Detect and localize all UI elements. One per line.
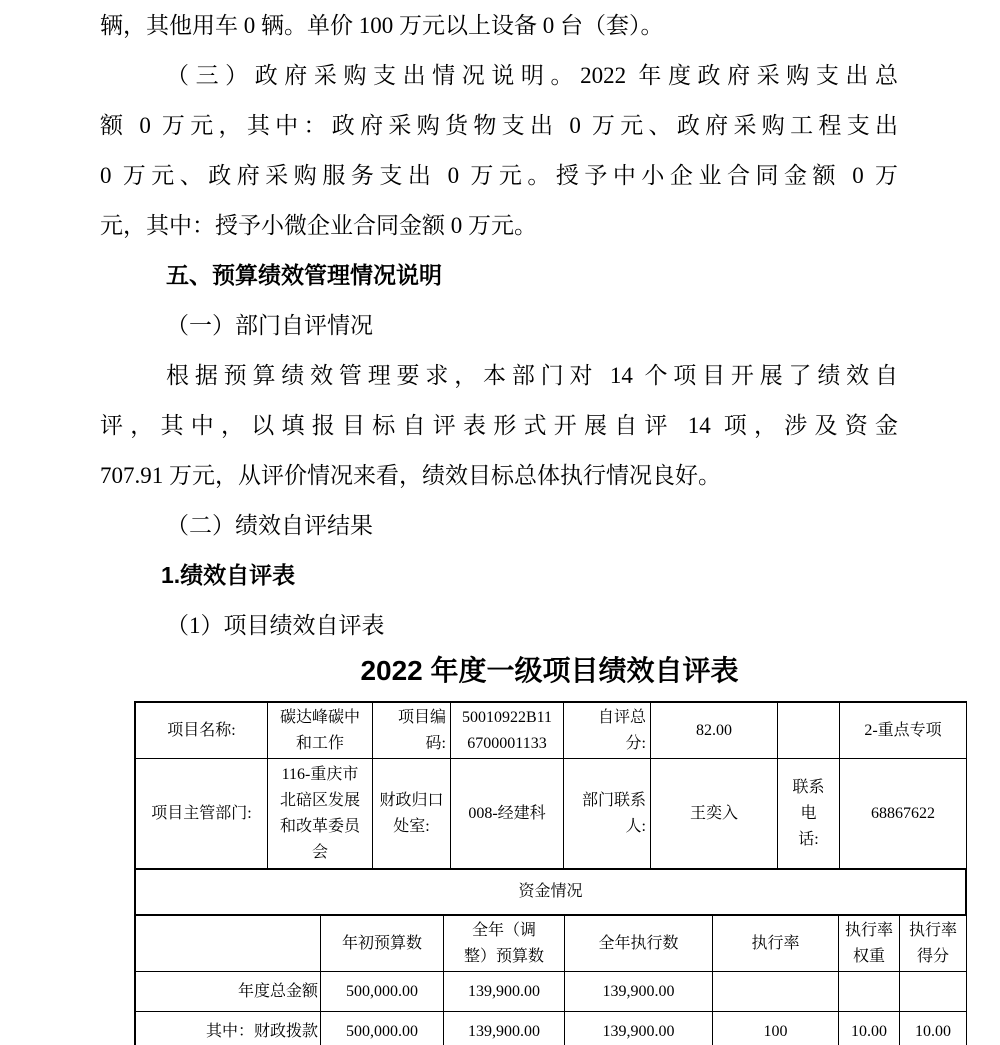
table-cell: 008-经建科 bbox=[451, 759, 564, 869]
table-cell: 项目主管部门: bbox=[136, 759, 268, 869]
column-header-cell: 全年执行数 bbox=[565, 916, 713, 972]
body-line: 辆，其他用车 0 辆。单价 100 万元以上设备 0 台（套）。 bbox=[100, 3, 664, 48]
body-line: （一）部门自评情况 bbox=[166, 303, 373, 348]
table-cell: 项目名称: bbox=[136, 703, 268, 759]
table-row: 年初预算数全年（调 整）预算数全年执行数执行率执行率 权重执行率 得分 bbox=[136, 916, 967, 972]
table-cell: 139,900.00 bbox=[444, 972, 565, 1012]
table-cell: 项目编 码: bbox=[373, 703, 451, 759]
table-cell bbox=[900, 972, 967, 1012]
table-cell: 财政归口 处室: bbox=[373, 759, 451, 869]
table-cell: 500,000.00 bbox=[321, 972, 444, 1012]
table-row: 项目主管部门:116-重庆市 北碚区发展 和改革委员 会财政归口 处室:008-… bbox=[136, 759, 967, 869]
row-label-cell: 其中：财政拨款 bbox=[136, 1012, 321, 1045]
body-line: （三）政府采购支出情况说明。2022 年度政府采购支出总 bbox=[166, 53, 898, 98]
project-info-table: 项目名称:碳达峰碳中 和工作项目编 码:50010922B11 67000011… bbox=[135, 702, 967, 869]
funds-section-table: 资金情况 bbox=[135, 869, 966, 915]
body-line: 根据预算绩效管理要求，本部门对 14 个项目开展了绩效自 bbox=[166, 353, 898, 398]
table-cell: 联系 电 话: bbox=[778, 759, 840, 869]
table-cell: 139,900.00 bbox=[444, 1012, 565, 1045]
body-line: 707.91 万元，从评价情况来看，绩效目标总体执行情况良好。 bbox=[100, 453, 721, 498]
row-label-cell: 年度总金额 bbox=[136, 972, 321, 1012]
table-cell: 139,900.00 bbox=[565, 1012, 713, 1045]
self-evaluation-table: 项目名称:碳达峰碳中 和工作项目编 码:50010922B11 67000011… bbox=[134, 701, 967, 1045]
info-tbody: 项目名称:碳达峰碳中 和工作项目编 码:50010922B11 67000011… bbox=[136, 703, 967, 869]
table-cell bbox=[778, 703, 840, 759]
table-cell: 139,900.00 bbox=[565, 972, 713, 1012]
body-line: 评，其中，以填报目标自评表形式开展自评 14 项，涉及资金 bbox=[100, 403, 898, 448]
table-cell: 116-重庆市 北碚区发展 和改革委员 会 bbox=[268, 759, 373, 869]
table-cell: 王奕入 bbox=[651, 759, 778, 869]
funds-table: 年初预算数全年（调 整）预算数全年执行数执行率执行率 权重执行率 得分年度总金额… bbox=[135, 915, 967, 1045]
body-line: 额 0 万元，其中：政府采购货物支出 0 万元、政府采购工程支出 bbox=[100, 103, 898, 148]
table-cell: 部门联系 人: bbox=[564, 759, 651, 869]
table-cell: 10.00 bbox=[900, 1012, 967, 1045]
table-cell bbox=[839, 972, 900, 1012]
table-cell: 2-重点专项 bbox=[840, 703, 967, 759]
body-line: 元，其中：授予小微企业合同金额 0 万元。 bbox=[100, 203, 537, 248]
body-line: （1）项目绩效自评表 bbox=[166, 603, 385, 648]
body-line: （二）绩效自评结果 bbox=[166, 503, 373, 548]
body-line: 1.绩效自评表 bbox=[161, 553, 295, 598]
column-header-cell: 全年（调 整）预算数 bbox=[444, 916, 565, 972]
document-page: 辆，其他用车 0 辆。单价 100 万元以上设备 0 台（套）。（三）政府采购支… bbox=[0, 0, 1000, 1045]
table-cell: 100 bbox=[713, 1012, 839, 1045]
column-header-cell: 年初预算数 bbox=[321, 916, 444, 972]
body-line: 五、预算绩效管理情况说明 bbox=[166, 253, 442, 298]
table-cell bbox=[713, 972, 839, 1012]
table-cell: 500,000.00 bbox=[321, 1012, 444, 1045]
table-cell: 50010922B11 6700001133 bbox=[451, 703, 564, 759]
table-title: 2022 年度一级项目绩效自评表 bbox=[134, 646, 965, 696]
table-row: 资金情况 bbox=[136, 870, 966, 915]
column-header-cell bbox=[136, 916, 321, 972]
table-cell: 10.00 bbox=[839, 1012, 900, 1045]
table-row: 项目名称:碳达峰碳中 和工作项目编 码:50010922B11 67000011… bbox=[136, 703, 967, 759]
body-line: 0 万元、政府采购服务支出 0 万元。授予中小企业合同金额 0 万 bbox=[100, 153, 898, 198]
column-header-cell: 执行率 权重 bbox=[839, 916, 900, 972]
table-cell: 68867622 bbox=[840, 759, 967, 869]
table-row: 其中：财政拨款500,000.00139,900.00139,900.00100… bbox=[136, 1012, 967, 1045]
table-cell: 自评总 分: bbox=[564, 703, 651, 759]
funds-tbody: 年初预算数全年（调 整）预算数全年执行数执行率执行率 权重执行率 得分年度总金额… bbox=[136, 916, 967, 1045]
table-cell: 82.00 bbox=[651, 703, 778, 759]
column-header-cell: 执行率 得分 bbox=[900, 916, 967, 972]
funds-section-label: 资金情况 bbox=[136, 870, 966, 915]
table-row: 年度总金额500,000.00139,900.00139,900.00 bbox=[136, 972, 967, 1012]
column-header-cell: 执行率 bbox=[713, 916, 839, 972]
table-cell: 碳达峰碳中 和工作 bbox=[268, 703, 373, 759]
